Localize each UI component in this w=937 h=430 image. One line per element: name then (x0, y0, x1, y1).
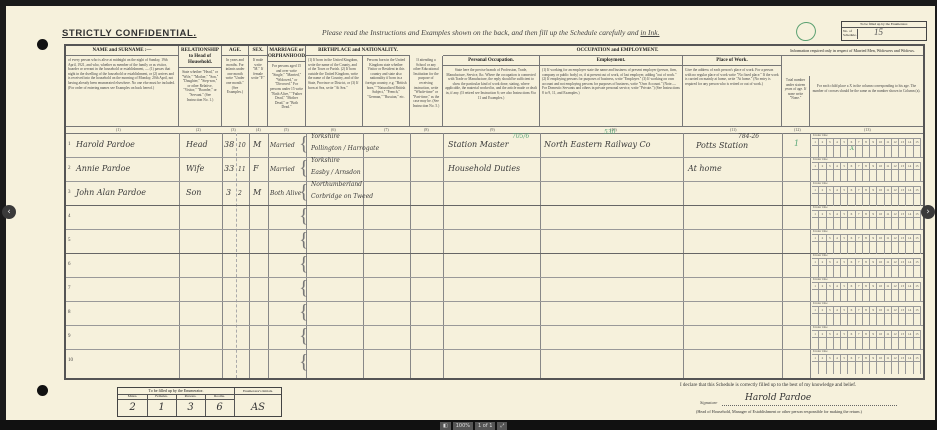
schedule-number-box: To be filled up by the Enumerator. No. o… (841, 21, 927, 41)
child-age-grid: Under One123456789101112131415 (810, 133, 923, 157)
col-place-of-work: Place of Work.Give the address of each p… (683, 56, 782, 126)
table-row: 5{ (66, 229, 923, 254)
table-row: 2 Annie Pardoe Wife 33 11 F Married { Yo… (66, 157, 923, 182)
child-age-grid: Under One123456789101112131415 (810, 157, 923, 181)
prev-page-button[interactable]: ‹ (2, 205, 16, 219)
chevron-left-icon: ‹ (7, 207, 11, 217)
chevron-right-icon: › (926, 207, 930, 217)
viewer-controls: ◧ 100% 1 of 1 ⤢ (440, 422, 507, 430)
page-title: STRICTLY CONFIDENTIAL. (62, 28, 197, 39)
punch-hole (37, 39, 48, 50)
child-age-grid: Under One123456789101112131415 (810, 229, 923, 253)
page-indicator: 1 of 1 (475, 422, 495, 430)
census-form-table: NAME and SURNAME :—of every person who i… (64, 44, 925, 380)
child-age-grid: Under One123456789101112131415 (810, 349, 923, 375)
table-row: 4{ (66, 205, 923, 230)
column-headers: NAME and SURNAME :—of every person who i… (66, 46, 923, 126)
signature: Harold Pardoe (745, 393, 811, 403)
table-row: 6{ (66, 253, 923, 278)
child-age-grid: Under One123456789101112131415 (810, 325, 923, 349)
punch-hole (37, 385, 48, 396)
signature-line (722, 405, 897, 406)
table-row: 9{ (66, 325, 923, 350)
col-marriage: MARRIAGE or ORPHANHOOD.For persons aged … (268, 46, 306, 126)
col-nationality: Persons born in the United Kingdom state… (363, 56, 410, 126)
child-age-grid: Under One123456789101112131415 (810, 277, 923, 301)
child-age-grid: Under One123456789101112131415 (810, 301, 923, 325)
signature-note: (Head of Household, Manager of Establish… (696, 409, 862, 414)
col-name: NAME and SURNAME :—of every person who i… (66, 46, 179, 126)
table-row: 7{ (66, 277, 923, 302)
col-children-total: Total number under sixteen years of age.… (782, 76, 810, 126)
table-row: 1 Harold Pardoe Head 38 10 M Married { Y… (66, 133, 923, 158)
col-relationship: RELATIONSHIP to Head of Household.State … (179, 46, 222, 126)
table-row: 10{ (66, 349, 923, 378)
fit-icon[interactable]: ◧ (440, 422, 451, 430)
child-age-grid: Under One123456789101112131415 (810, 205, 923, 229)
signature-label: Signature (700, 400, 717, 405)
col-age: AGE.In years and months. For infants und… (222, 46, 249, 126)
declaration-text: I declare that this Schedule is correctl… (680, 383, 856, 388)
enumerator-initials: AS (235, 402, 281, 413)
col-birthplace: (1) If born in the United Kingdom, write… (306, 56, 363, 126)
col-occupation: Personal Occupation.State here the preci… (443, 56, 540, 126)
instructions-text: Please read the Instructions and Example… (322, 28, 660, 37)
col-employment: Employment.(1) If working for an employe… (540, 56, 683, 126)
males-count: 2 (118, 402, 147, 413)
col-children-ages: For each child place a X in the column c… (810, 76, 923, 126)
child-age-grid: Under One123456789101112131415 (810, 253, 923, 277)
next-page-button[interactable]: › (921, 205, 935, 219)
rooms-count: 6 (205, 402, 234, 413)
zoom-level[interactable]: 100% (453, 422, 473, 430)
table-row: 8{ (66, 301, 923, 326)
table-row: 3 John Alan Pardoe Son 3 2 M Both Alive … (66, 181, 923, 206)
schedule-number: 15 (874, 27, 883, 37)
enumerator-summary-box: To be filled up by the Enumerator. Males… (117, 387, 282, 417)
fullscreen-icon[interactable]: ⤢ (497, 422, 507, 430)
persons-count: 3 (176, 402, 205, 413)
females-count: 1 (147, 402, 176, 413)
col-sex: SEX.If male write "M." If female write "… (249, 46, 268, 126)
child-age-grid: Under One123456789101112131415 (810, 181, 923, 205)
